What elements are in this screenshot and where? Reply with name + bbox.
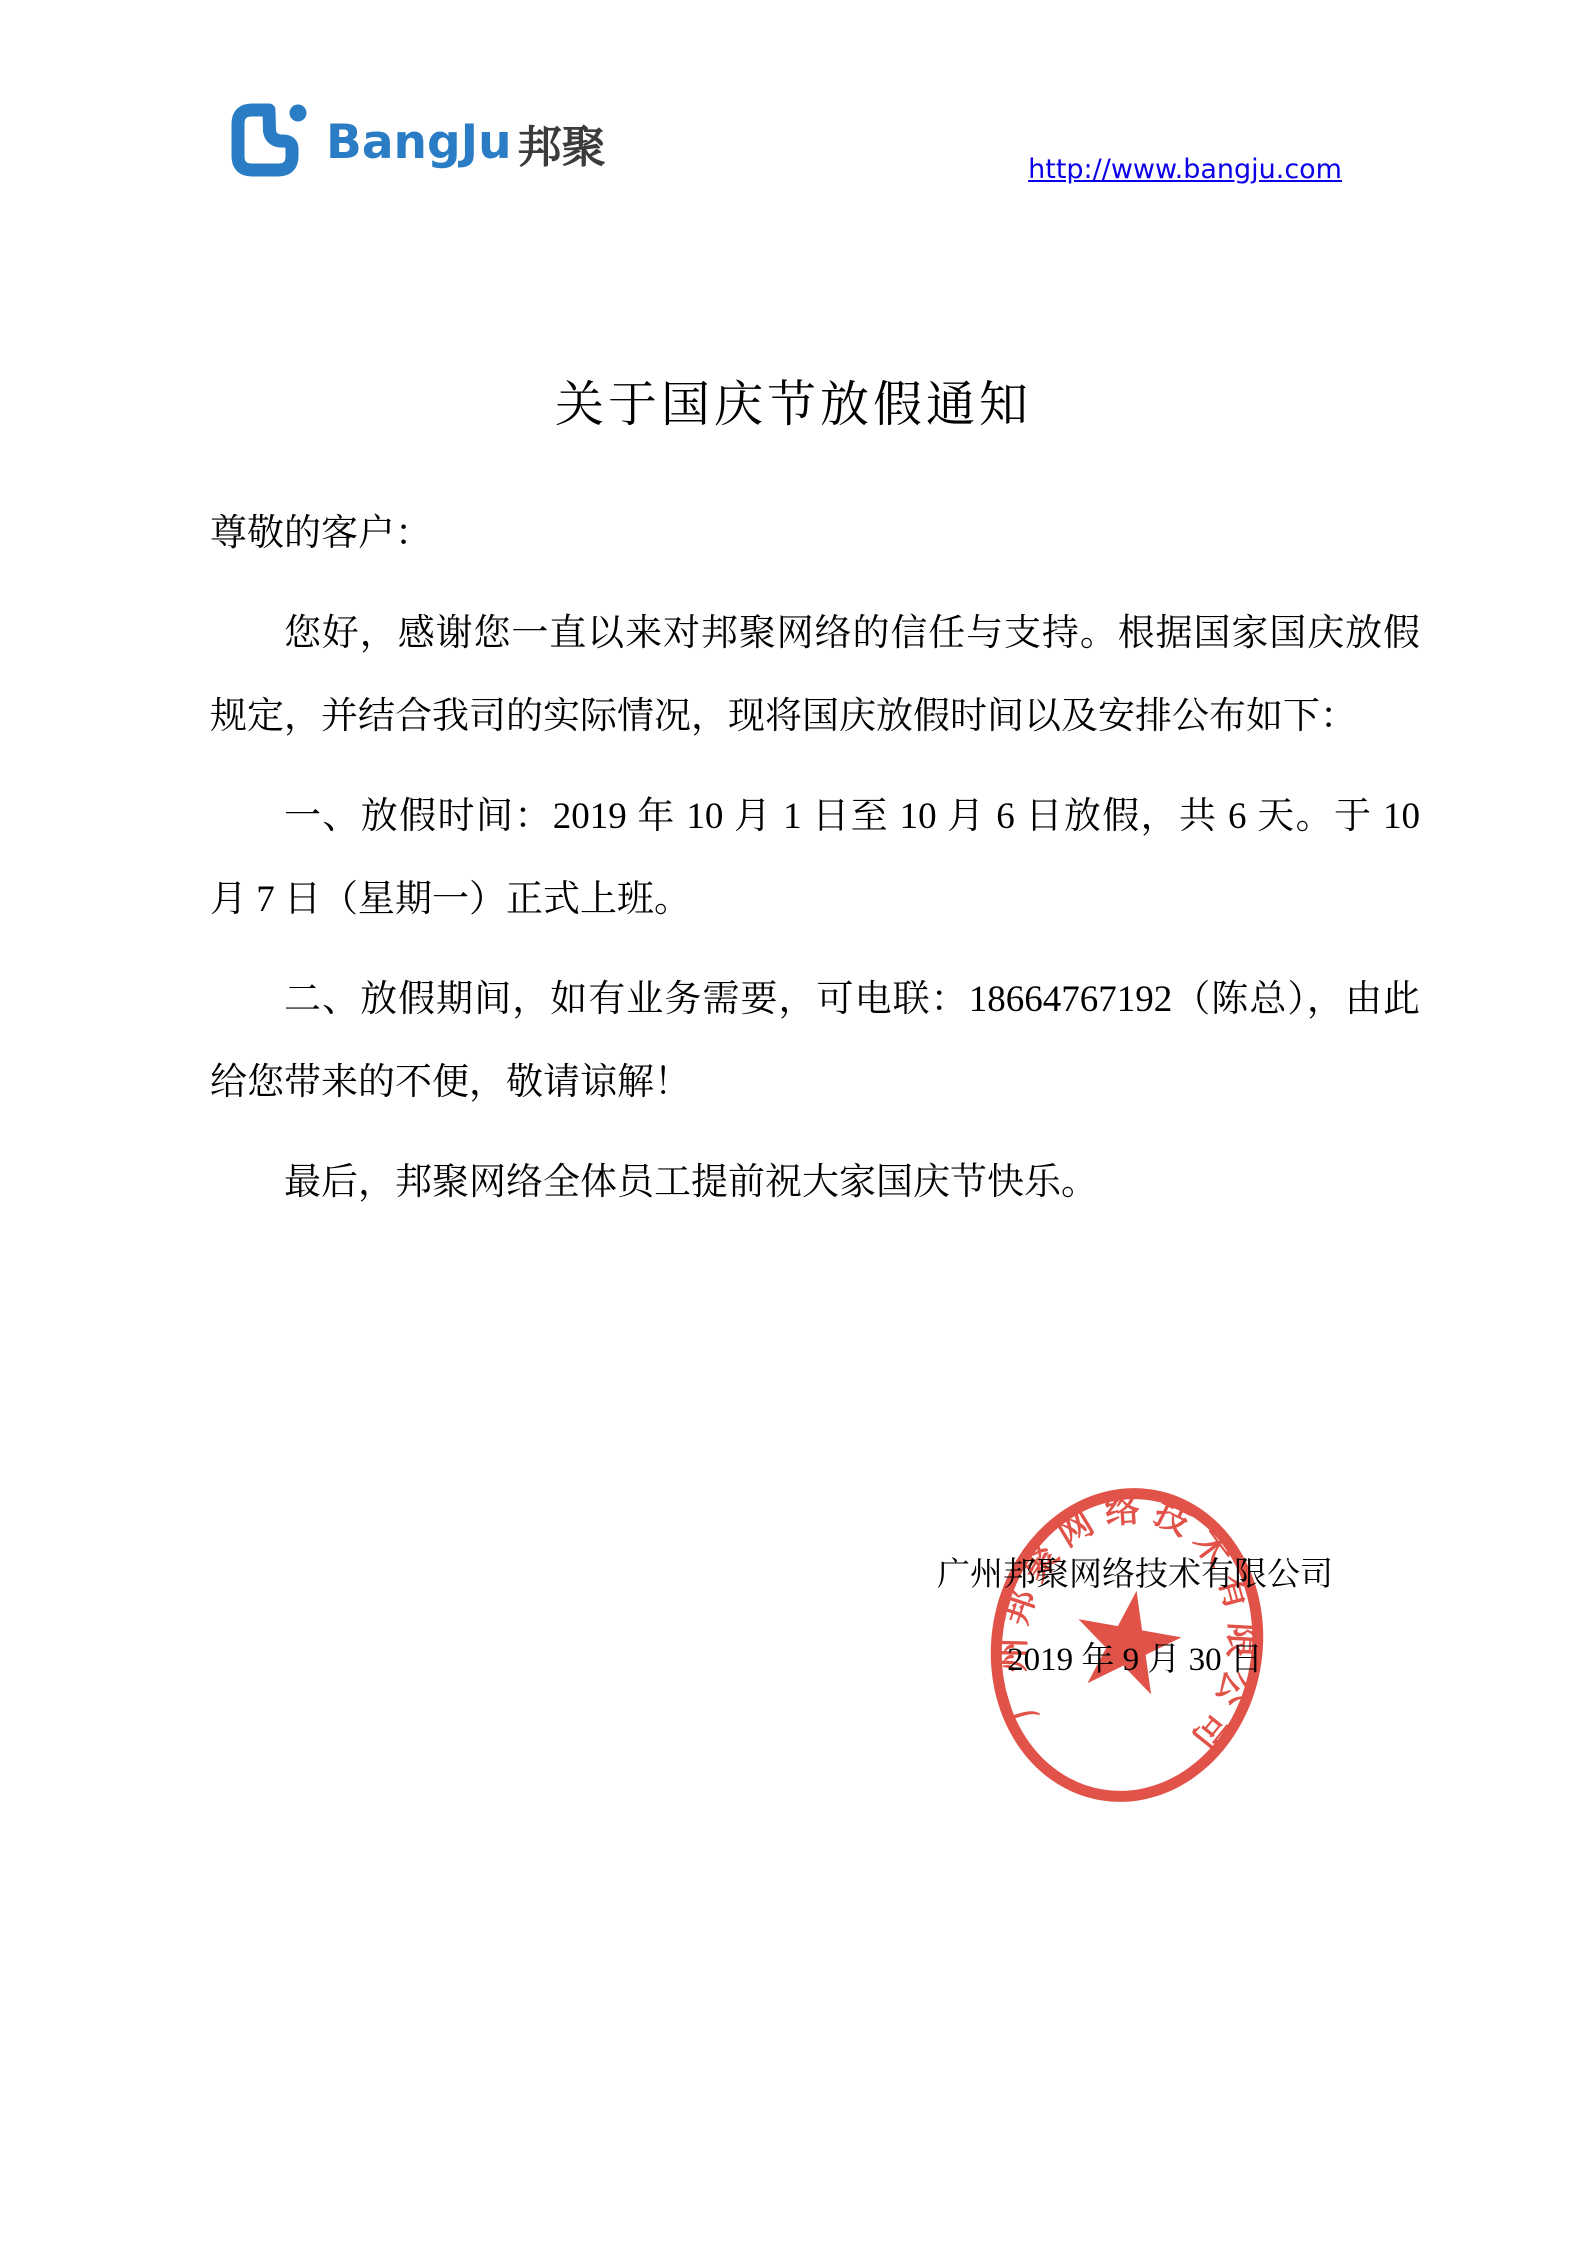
notice-body: 尊敬的客户： 您好，感谢您一直以来对邦聚网络的信任与支持。根据国家国庆放假规定，… [210, 492, 1420, 1241]
bangju-logo-icon [228, 100, 312, 185]
salutation: 尊敬的客户： [210, 492, 1420, 575]
notice-page: BangJu 邦聚 http://www.bangju.com 关于国庆节放假通… [0, 0, 1587, 2245]
page-title: 关于国庆节放假通知 [0, 366, 1587, 436]
paragraph-intro: 您好，感谢您一直以来对邦聚网络的信任与支持。根据国家国庆放假规定，并结合我司的实… [210, 592, 1420, 758]
brand-name-chinese: 邦聚 [518, 111, 606, 175]
paragraph-wishes: 最后，邦聚网络全体员工提前祝大家国庆节快乐。 [210, 1141, 1420, 1224]
company-logo: BangJu 邦聚 [228, 100, 606, 185]
signature-block: 广州邦聚网络技术有限公司 2019 年 9 月 30 日 [900, 1533, 1370, 1703]
signature-company: 广州邦聚网络技术有限公司 [900, 1533, 1370, 1618]
website-link[interactable]: http://www.bangju.com [1028, 154, 1342, 185]
brand-name-latin: BangJu [326, 115, 512, 170]
paragraph-contact: 二、放假期间，如有业务需要，可电联：18664767192（陈总），由此给您带来… [210, 958, 1420, 1124]
signature-date: 2019 年 9 月 30 日 [900, 1618, 1370, 1703]
paragraph-holiday-time: 一、放假时间：2019 年 10 月 1 日至 10 月 6 日放假，共 6 天… [210, 775, 1420, 941]
